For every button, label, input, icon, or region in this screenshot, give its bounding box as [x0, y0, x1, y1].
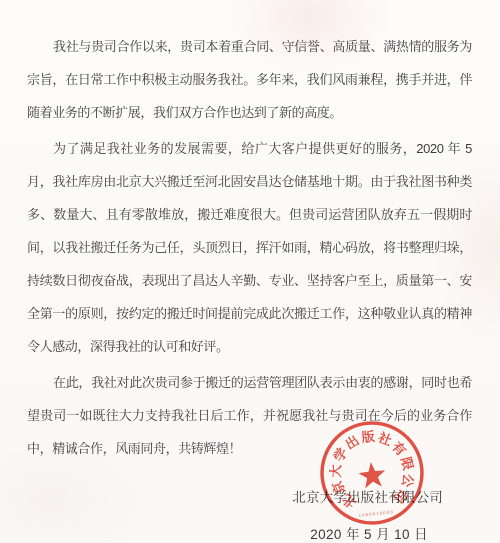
paragraph-relocation-story: 为了满足我社业务的发展需要，给广大客户提供更好的服务，2020 年 5 月，我社… [27, 132, 472, 363]
signature-block: 北京大学出版社有限公司 2020 年 5 月 10 日 [27, 489, 472, 543]
svg-text:公: 公 [399, 473, 417, 490]
signature-company-name: 北京大学出版社有限公司 [27, 489, 443, 507]
scanned-letter-page: 我社与贵司合作以来，贵司本着重合同、守信誉、高质量、满热情的服务为宗旨，在日常工… [0, 0, 500, 543]
signature-date: 2020 年 5 月 10 日 [27, 526, 428, 543]
svg-text:大: 大 [327, 463, 344, 478]
letter-body: 我社与贵司合作以来，贵司本着重合同、守信誉、高质量、满热情的服务为宗旨，在日常工… [27, 30, 472, 465]
paragraph-cooperation-intro: 我社与贵司合作以来，贵司本着重合同、守信誉、高质量、满热情的服务为宗旨，在日常工… [27, 30, 472, 129]
paragraph-thanks-closing: 在此，我社对此次贵司参于搬迁的运营管理团队表示由衷的感谢，同时也希望贵司一如既往… [27, 366, 472, 465]
